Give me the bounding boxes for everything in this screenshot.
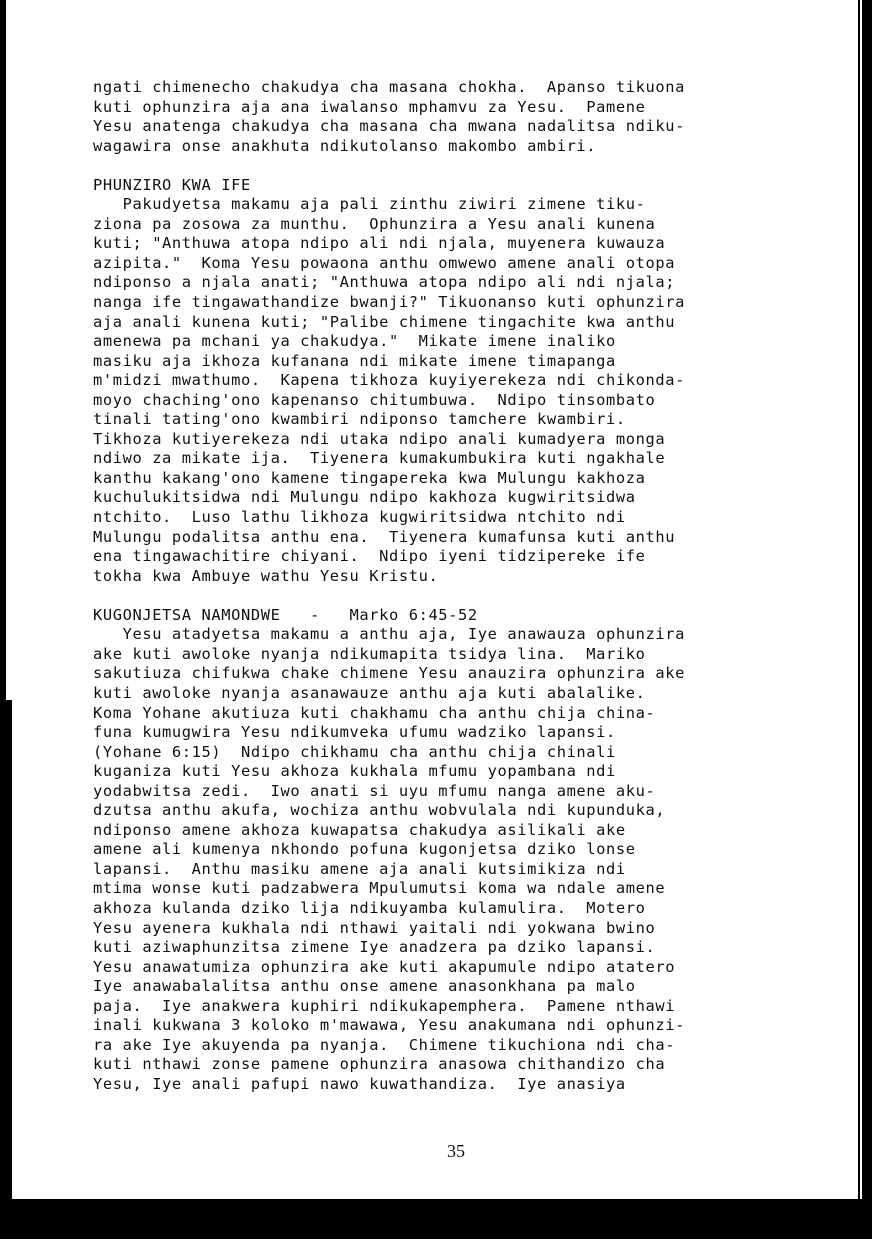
text-line: ndiwo za mikate ija. Tiyenera kumakumbuk… [93,449,833,469]
text-line: nanga ife tingawathandize bwanji?" Tikuo… [93,293,833,313]
text-line: moyo chaching'ono kapenanso chitumbuwa. … [93,391,833,411]
scan-left-edge-lower [0,700,12,1239]
text-line: azipita." Koma Yesu powaona anthu omwewo… [93,254,833,274]
text-line: kuti; "Anthuwa atopa ndipo ali ndi njala… [93,234,833,254]
text-line: Koma Yohane akutiuza kuti chakhamu cha a… [93,704,833,724]
text-line: ndiponso amene akhoza kuwapatsa chakudya… [93,821,833,841]
text-line: kuganiza kuti Yesu akhoza kukhala mfumu … [93,762,833,782]
text-line: ziona pa zosowa za munthu. Ophunzira a Y… [93,215,833,235]
text-line: Yesu anawatumiza ophunzira ake kuti akap… [93,958,833,978]
text-line: Yesu, Iye anali pafupi nawo kuwathandiza… [93,1075,833,1095]
text-line: amene ali kumenya nkhondo pofuna kugonje… [93,840,833,860]
scan-right-edge [862,0,872,1239]
text-line: Mulungu podalitsa anthu ena. Tiyenera ku… [93,528,833,548]
text-line: tokha kwa Ambuye wathu Yesu Kristu. [93,567,833,587]
text-line: kuchulukitsidwa ndi Mulungu ndipo kakhoz… [93,488,833,508]
text-line: ntchito. Luso lathu likhoza kugwiritsidw… [93,508,833,528]
scan-right-edge-line [858,0,860,1200]
text-line: dzutsa anthu akufa, wochiza anthu wobvul… [93,801,833,821]
document-page: ngati chimenecho chakudya cha masana cho… [93,78,833,1094]
text-line: mtima wonse kuti padzabwera Mpulumutsi k… [93,879,833,899]
text-line: ra ake Iye akuyenda pa nyanja. Chimene t… [93,1036,833,1056]
text-line: ndiponso a njala anati; "Anthuwa atopa n… [93,273,833,293]
text-line: aja anali kunena kuti; "Palibe chimene t… [93,313,833,333]
section-heading: KUGONJETSA NAMONDWE - Marko 6:45-52 [93,606,833,626]
section: PHUNZIRO KWA IFE Pakudyetsa makamu aja p… [93,176,833,586]
text-line: kuti aziwaphunzitsa zimene Iye anadzera … [93,938,833,958]
paragraph: ngati chimenecho chakudya cha masana cho… [93,78,833,156]
text-line: sakutiuza chifukwa chake chimene Yesu an… [93,664,833,684]
text-line: kuti nthawi zonse pamene ophunzira anaso… [93,1055,833,1075]
text-line: lapansi. Anthu masiku amene aja anali ku… [93,860,833,880]
scan-bottom-band [0,1199,872,1239]
text-line: inali kukwana 3 koloko m'mawawa, Yesu an… [93,1016,833,1036]
section-heading: PHUNZIRO KWA IFE [93,176,833,196]
text-line: wagawira onse anakhuta ndikutolanso mako… [93,137,833,157]
text-line: kuti ophunzira aja ana iwalanso mphamvu … [93,98,833,118]
text-line: kuti awoloke nyanja asanawauze anthu aja… [93,684,833,704]
text-line: Iye anawabalalitsa anthu onse amene anas… [93,977,833,997]
text-line: Yesu ayenera kukhala ndi nthawi yaitali … [93,919,833,939]
text-line: amenewa pa mchani ya chakudya." Mikate i… [93,332,833,352]
text-line: Tikhoza kutiyerekeza ndi utaka ndipo ana… [93,430,833,450]
text-line: yodabwitsa zedi. Iwo anati si uyu mfumu … [93,782,833,802]
text-line: (Yohane 6:15) Ndipo chikhamu cha anthu c… [93,743,833,763]
text-line: m'midzi mwathumo. Kapena tikhoza kuyiyer… [93,371,833,391]
text-line: Yesu anatenga chakudya cha masana cha mw… [93,117,833,137]
paragraph-gap [93,156,833,176]
paragraph-gap [93,586,833,606]
text-line: paja. Iye anakwera kuphiri ndikukapemphe… [93,997,833,1017]
text-line: ake kuti awoloke nyanja ndikumapita tsid… [93,645,833,665]
text-line: ngati chimenecho chakudya cha masana cho… [93,78,833,98]
text-line: akhoza kulanda dziko lija ndikuyamba kul… [93,899,833,919]
text-line: funa kumugwira Yesu ndikumveka ufumu wad… [93,723,833,743]
text-line: ena tingawachitire chiyani. Ndipo iyeni … [93,547,833,567]
section: KUGONJETSA NAMONDWE - Marko 6:45-52 Yesu… [93,606,833,1095]
text-line: tinali tating'ono kwambiri ndiponso tamc… [93,410,833,430]
page-number: 35 [447,1141,465,1162]
text-line: kanthu kakang'ono kamene tingapereka kwa… [93,469,833,489]
text-line: Pakudyetsa makamu aja pali zinthu ziwiri… [93,195,833,215]
text-line: Yesu atadyetsa makamu a anthu aja, Iye a… [93,625,833,645]
text-line: masiku aja ikhoza kufanana ndi mikate im… [93,352,833,372]
